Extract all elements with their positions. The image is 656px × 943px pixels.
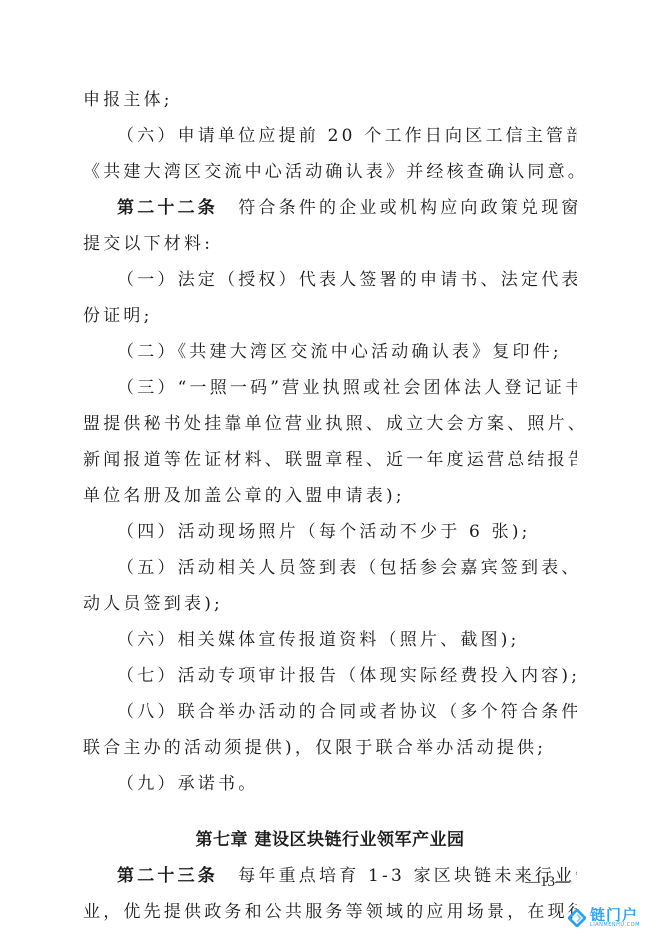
watermark: 链门户 LIANMENHU.COM: [568, 908, 640, 928]
text-line: 新闻报道等佐证材料、联盟章程、近一年度运营总结报告、成员: [83, 442, 577, 478]
text-line: 申报主体;: [83, 82, 577, 118]
text-line: 提交以下材料:: [83, 226, 577, 262]
text-line: （一）法定（授权）代表人签署的申请书、法定代表人的身: [83, 262, 577, 298]
page-number: —13—: [525, 874, 570, 891]
chapter-heading: 第七章 建设区块链行业领军产业园: [83, 822, 577, 858]
document-page: 申报主体; （六）申请单位应提前 20 个工作日向区工信主管部门提交 《共建大湾…: [83, 82, 577, 930]
text-line: 盟提供秘书处挂靠单位营业执照、成立大会方案、照片、签到表、: [83, 406, 577, 442]
text-line: （七）活动专项审计报告（体现实际经费投入内容);: [83, 658, 577, 694]
watermark-brand: 链门户: [590, 908, 640, 923]
text-line: （三）“一照一码”营业执照或社会团体法人登记证书（联: [83, 370, 577, 406]
text-line: 动人员签到表);: [83, 586, 577, 622]
text-line: （八）联合举办活动的合同或者协议（多个符合条件的单位: [83, 694, 577, 730]
text-line: （二）《共建大湾区交流中心活动确认表》复印件;: [83, 334, 577, 370]
text-line: （六）申请单位应提前 20 个工作日向区工信主管部门提交: [83, 118, 577, 154]
article-text: 符合条件的企业或机构应向政策兑现窗口当: [218, 198, 577, 218]
text-line: （九）承诺书。: [83, 766, 577, 802]
text-line: （四）活动现场照片（每个活动不少于 6 张);: [83, 514, 577, 550]
text-line: 单位名册及加盖公章的入盟申请表);: [83, 478, 577, 514]
article-22-line: 第二十二条 符合条件的企业或机构应向政策兑现窗口当: [83, 190, 577, 226]
article-23-line: 第二十三条 每年重点培育 1-3 家区块链未来行业领军企: [83, 858, 577, 894]
text-line: 《共建大湾区交流中心活动确认表》并经核查确认同意。: [83, 154, 577, 190]
article-text: 每年重点培育 1-3 家区块链未来行业领军企: [218, 866, 577, 886]
text-line: 份证明;: [83, 298, 577, 334]
article-number: 第二十二条: [117, 198, 218, 218]
text-line: （五）活动相关人员签到表（包括参会嘉宾签到表、参加活: [83, 550, 577, 586]
text-line: （六）相关媒体宣传报道资料（照片、截图);: [83, 622, 577, 658]
watermark-domain: LIANMENHU.COM: [590, 923, 640, 928]
text-line: 业，优先提供政务和公共服务等领域的应用场景，在现行企业研: [83, 894, 577, 930]
brand-logo-icon: [568, 909, 586, 927]
article-number: 第二十三条: [117, 866, 218, 886]
text-line: 联合主办的活动须提供)，仅限于联合举办活动提供;: [83, 730, 577, 766]
